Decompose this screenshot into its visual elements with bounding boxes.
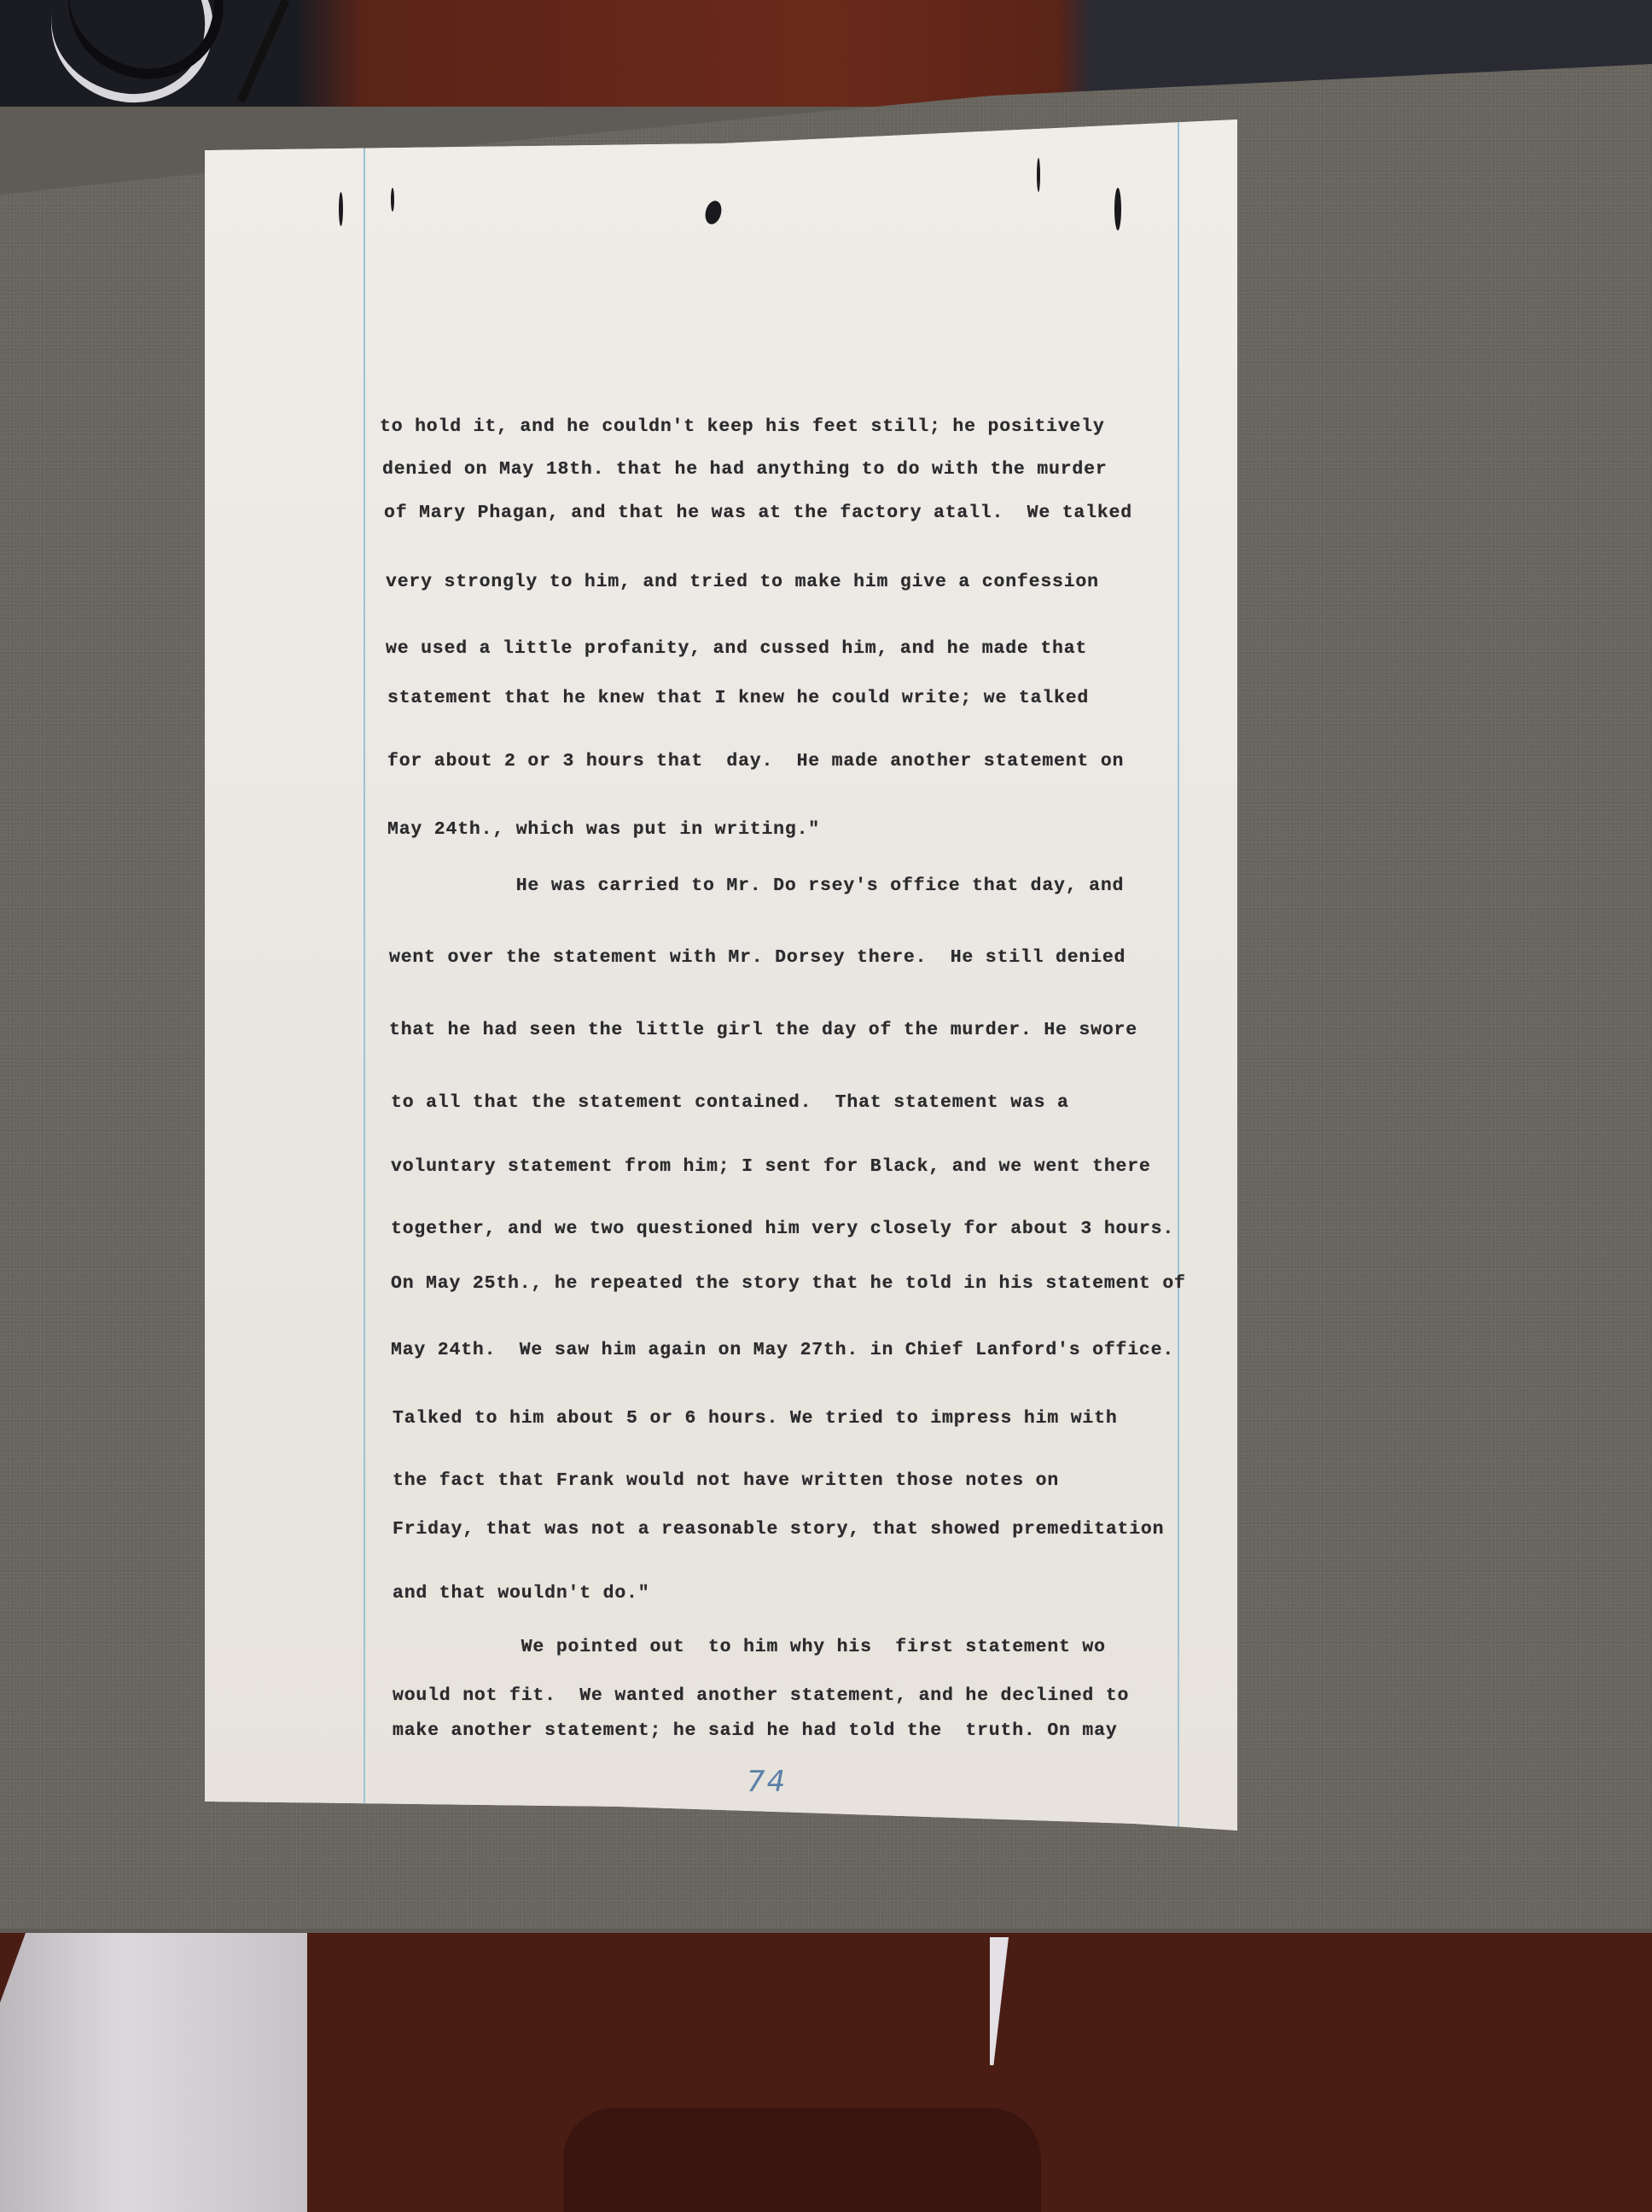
text-line: went over the statement with Mr. Dorsey …	[389, 947, 1126, 968]
photographer-shadow	[563, 2108, 1041, 2212]
light-surface	[0, 1933, 307, 2212]
text-line: to hold it, and he couldn't keep his fee…	[380, 416, 1105, 437]
text-line: On May 25th., he repeated the story that…	[391, 1273, 1186, 1294]
text-line: of Mary Phagan, and that he was at the f…	[384, 503, 1132, 523]
typed-document-page: to hold it, and he couldn't keep his fee…	[205, 119, 1237, 1831]
text-line: for about 2 or 3 hours that day. He made…	[387, 751, 1124, 771]
left-margin-line	[364, 119, 365, 1831]
text-line: Talked to him about 5 or 6 hours. We tri…	[393, 1408, 1118, 1429]
text-line: We pointed out to him why his first stat…	[393, 1637, 1106, 1657]
text-line: and that wouldn't do."	[393, 1583, 649, 1604]
text-line: we used a little profanity, and cussed h…	[386, 638, 1087, 659]
punch-hole	[703, 199, 724, 226]
text-line: together, and we two questioned him very…	[391, 1219, 1174, 1239]
punch-hole	[339, 192, 343, 226]
text-line: the fact that Frank would not have writt…	[393, 1470, 1059, 1491]
text-line: to all that the statement contained. Tha…	[391, 1092, 1069, 1113]
text-line: He was carried to Mr. Do rsey's office t…	[387, 876, 1124, 896]
text-line: May 24th., which was put in writing."	[387, 819, 820, 840]
text-line: would not fit. We wanted another stateme…	[393, 1685, 1129, 1706]
text-line: make another statement; he said he had t…	[393, 1720, 1118, 1741]
text-line: Friday, that was not a reasonable story,…	[393, 1519, 1164, 1540]
text-line: that he had seen the little girl the day…	[389, 1020, 1137, 1040]
handwritten-page-number: 74	[747, 1765, 787, 1799]
punch-hole	[1037, 158, 1040, 192]
punch-hole	[1114, 188, 1121, 230]
text-line: denied on May 18th. that he had anything…	[382, 459, 1108, 480]
text-line: May 24th. We saw him again on May 27th. …	[391, 1340, 1174, 1360]
text-line: very strongly to him, and tried to make …	[386, 572, 1099, 592]
text-line: voluntary statement from him; I sent for…	[391, 1156, 1151, 1177]
right-margin-line	[1178, 119, 1179, 1831]
punch-hole	[391, 188, 394, 212]
text-line: statement that he knew that I knew he co…	[387, 688, 1089, 708]
